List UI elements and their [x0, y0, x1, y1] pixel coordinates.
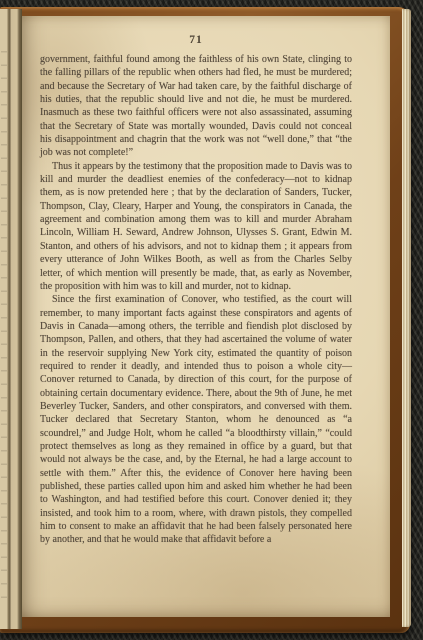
paragraph-continuation: government, faithful found among the fai…	[40, 53, 352, 160]
photo-background: 71 government, faithful found among the …	[0, 0, 423, 640]
paragraph-thus-it-appears: Thus it appears by the testimony that th…	[40, 160, 352, 293]
paragraph-since-first-examination: Since the first examination of Conover, …	[40, 293, 352, 547]
page-number: 71	[40, 34, 352, 46]
page-stack-fore-edge	[402, 9, 411, 627]
book-page: 71 government, faithful found among the …	[22, 16, 390, 617]
facing-page-sliver	[0, 9, 22, 629]
page-text-block: government, faithful found among the fai…	[40, 53, 352, 547]
